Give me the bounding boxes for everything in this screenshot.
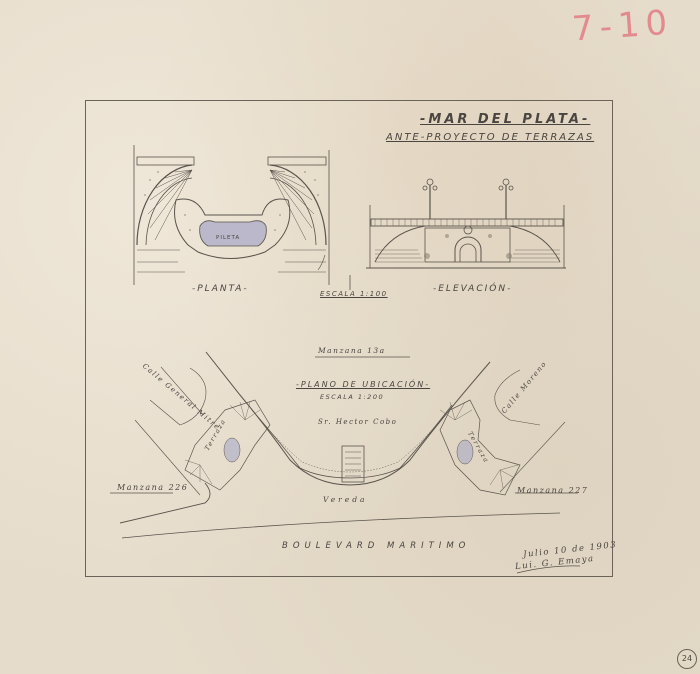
block-13a-label: Manzana 13a: [318, 346, 386, 355]
page-number-stamp: 24: [677, 649, 697, 669]
sidewalk-label: Vereda: [323, 495, 367, 504]
pool-label: Pileta: [216, 235, 240, 241]
drawing-linework: [0, 0, 700, 674]
drawing-title: -Mar del Plata-: [420, 112, 590, 127]
boulevard-label: Boulevard Maritimo: [282, 541, 470, 551]
elevation-view-drawing: [366, 179, 566, 268]
drawing-sheet: 7-10: [0, 0, 700, 674]
monument-label: Sr. Hector Cobo: [318, 418, 397, 426]
location-plan-title: -Plano de Ubicación-: [296, 380, 430, 389]
location-plan-scale: Escala 1:200: [320, 393, 384, 401]
plan-view-label: -Planta-: [192, 284, 249, 294]
elevation-view-label: -Elevación-: [433, 284, 512, 294]
plan-scale-label: Escala 1:100: [320, 290, 388, 298]
block-227-label: Manzana 227: [517, 486, 588, 495]
plan-view-drawing: [134, 145, 329, 285]
drawing-subtitle: Ante-Proyecto de Terrazas: [386, 132, 594, 143]
block-226-label: Manzana 226: [117, 483, 188, 492]
